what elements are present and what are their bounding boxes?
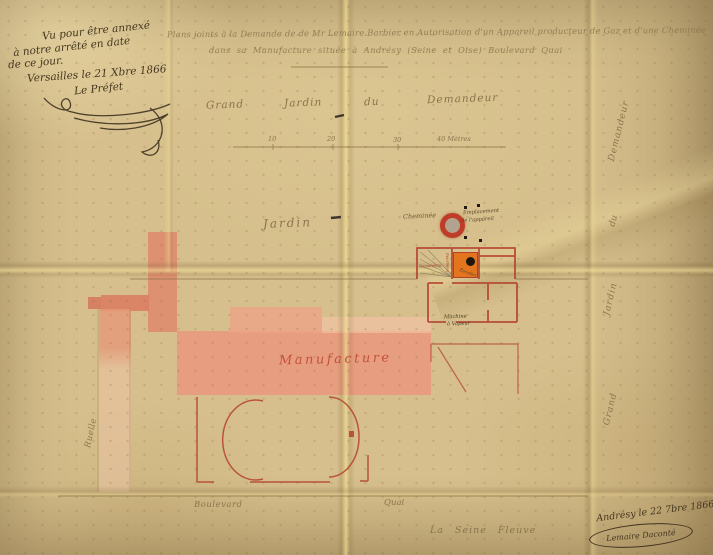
- machine-label-line1: Machine: [444, 314, 467, 321]
- scale-tick-10: 10: [268, 135, 276, 143]
- scale-tick-40-metres: 40 Mètres: [437, 135, 471, 143]
- machine-label-line2: à Vapeur: [447, 321, 471, 328]
- apparatus-dot: [466, 257, 475, 266]
- garden-row-du: du: [364, 96, 380, 109]
- label-corner-dot-4: [479, 239, 482, 242]
- boundary-lines: [58, 67, 588, 496]
- manufacture-label: Manufacture: [279, 351, 392, 369]
- courtyard-walls: [197, 397, 368, 482]
- fold-ink-dashes: [331, 115, 344, 218]
- garden-row-demandeur: Demandeur: [427, 92, 499, 106]
- jardin-label: Jardin: [263, 215, 312, 231]
- scanned-plan-document: Vu pour être annexé à notre arrêté en da…: [0, 0, 713, 555]
- ruelle-edges: [98, 308, 130, 492]
- label-corner-dot-2: [477, 204, 480, 207]
- courtyard-arc-right: [329, 397, 359, 477]
- courtyard-marker: [349, 431, 354, 437]
- courtyard-arc-left: [223, 400, 263, 480]
- garden-row-grand: Grand: [206, 98, 245, 111]
- chimney-circle: [440, 213, 465, 238]
- fourneau-label: Fourneau: [445, 253, 451, 273]
- quai-label: Quai: [384, 498, 404, 508]
- garden-row-jardin: Jardin: [284, 96, 323, 109]
- gazometre-label: Gazomètre: [419, 263, 441, 269]
- scale-bar-line: [233, 144, 506, 150]
- signature-name: Lemaire Daconté: [606, 528, 676, 543]
- seine-label: La Seine Fleuve: [430, 525, 536, 536]
- label-corner-dot-3: [464, 236, 467, 239]
- prefect-signature-flourish: [44, 98, 170, 155]
- title-line2: dans sa Manufacture située à Andrésy (Se…: [209, 45, 563, 55]
- boulevard-label: Boulevard: [194, 500, 242, 510]
- label-corner-dot-1: [464, 206, 467, 209]
- scale-tick-20: 20: [327, 135, 335, 143]
- cheminee-label: Cheminée: [403, 211, 437, 221]
- scale-tick-30: 30: [393, 136, 401, 144]
